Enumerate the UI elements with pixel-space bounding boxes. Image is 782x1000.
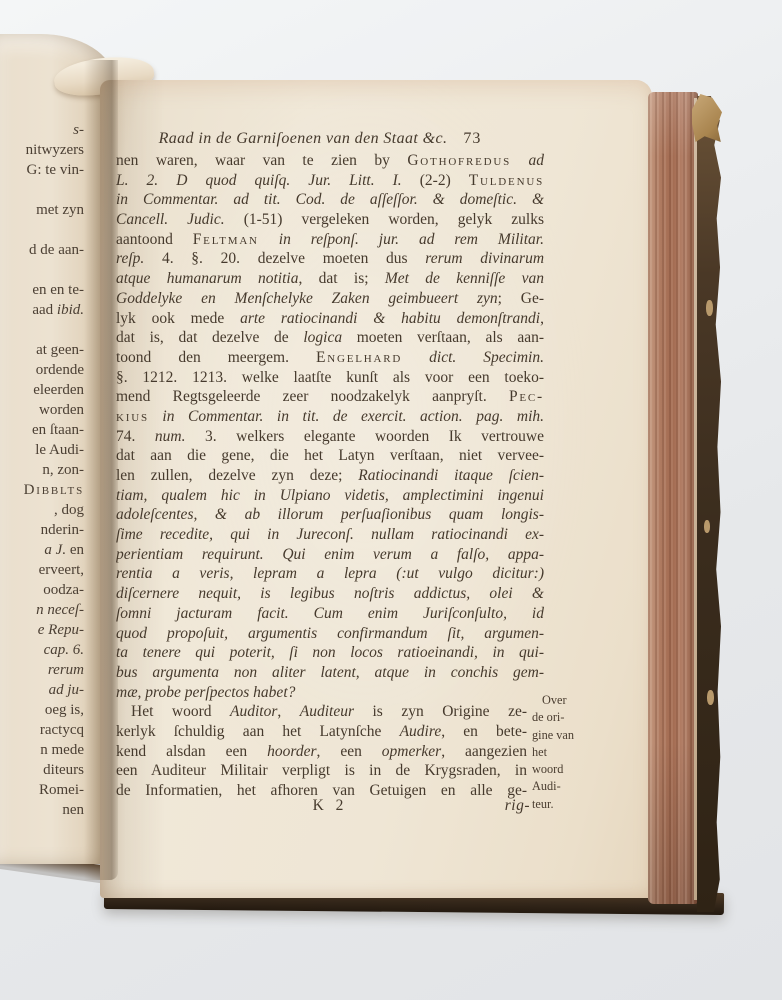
body-line: §. 1212. 1213. welke laatſte kunſt als v… [116,368,544,388]
text-segment: worden [39,402,84,418]
text-segment: dat aan die gene, die het Latyn verſtaan… [116,447,544,464]
fragment-gap [0,260,84,280]
left-page-fragment: d de aan- [0,240,84,260]
margin-note-line: het [532,744,598,761]
left-page-fragment: rerum [0,660,84,680]
left-page-fragment: le Audi- [0,440,84,460]
text-segment: oeg is, [45,702,84,718]
text-segment: ordende [36,362,84,378]
body-line: mæ, probe perſpectos habet? [116,683,544,703]
body-line: 74. num. 3. welkers elegante woorden Ik … [116,427,544,447]
body-line: tiam, qualem hic in Ulpiano videtis, amp… [116,486,544,506]
right-page: Raad in de Garniſoenen van den Staat &c.… [100,80,652,898]
text-segment: e Repu- [38,622,84,638]
text-segment: Goddelyke en Menſchelyke Zaken geimbueer… [116,290,498,307]
fragment-gap [0,320,84,340]
left-page-fragment: diteurs [0,760,84,780]
text-segment: in Commentar. ad tit. Cod. de aſſeſſor. … [116,191,544,208]
text-segment: (1-51) vergeleken worden, gelyk zulks [225,211,544,228]
text-segment: dat is, dat dezelve de [116,329,303,346]
left-page: s-nitwyzersG: te vin- met zyn d de aan- … [0,34,114,864]
left-page-fragment: a J. en [0,540,84,560]
body-line: diſcernere nequit, is legibus noſtris ad… [116,584,544,604]
text-segment: Tuldenus [469,172,544,189]
body-line: L. 2. D quod quiſq. Jur. Litt. I. (2-2) … [116,171,544,191]
text-segment: kerlyk ſchuldig aan het Latynſche [116,723,400,740]
text-segment: nen [62,802,84,818]
text-segment: tiam, qualem hic in Ulpiano videtis, amp… [116,487,544,504]
margin-note: Overde ori-gine vanhetwoordAudi-teur. [532,692,598,813]
body-line: toond den meergem. Engelhard dict. Speci… [116,348,544,368]
text-segment: aad [32,302,57,318]
text-segment: kend alsdan een [116,743,267,760]
text-segment: ad ju- [49,682,84,698]
cover-board-edge [697,96,721,912]
margin-note-line: gine van [532,727,598,744]
left-page-fragment: nitwyzers [0,140,84,160]
text-segment: cap. 6. [44,642,84,658]
text-segment: Audire [400,723,442,740]
text-segment: lyk ook mede [116,310,240,327]
text-segment: §. 1212. 1213. welke laatſte kunſt als v… [116,369,544,386]
text-segment: , [277,703,299,720]
text-segment: Romei- [39,782,84,798]
body-line: adoleſcentes, & ab illorum perſuaſionibu… [116,505,544,525]
text-segment: ractycq [40,722,84,738]
text-segment: nderin- [41,522,84,538]
text-segment: le Audi- [35,442,84,458]
margin-note-line: woord [532,761,598,778]
text-segment: is zyn Origine ze- [354,703,527,720]
text-segment: aantoond [116,231,193,248]
body-line: mend Regtsgeleerde zeer noodzakelyk aanp… [116,387,544,407]
body-line: kerlyk ſchuldig aan het Latynſche Audire… [116,722,544,742]
left-page-text: s-nitwyzersG: te vin- met zyn d de aan- … [0,120,114,820]
text-segment: s- [73,122,84,138]
text-segment: erveert, [39,562,84,578]
text-segment: Auditor [230,703,277,720]
left-page-fragment: met zyn [0,200,84,220]
text-segment: Ratiocinandi itaque ſcien- [358,467,544,484]
body-line: ſomni jacturam facit. Cum enim Juriſconſ… [116,604,544,624]
margin-note-line: de ori- [532,709,598,726]
text-segment: mæ, probe perſpectos habet? [116,684,295,701]
text-segment: in Commentar. in tit. de exercit. action… [149,408,544,425]
text-segment: Met de kenniſſe van [385,270,544,287]
left-page-fragment: nderin- [0,520,84,540]
text-segment: toond den meergem. [116,349,316,366]
left-page-fragment: en ſtaan- [0,420,84,440]
text-segment: ad [511,152,544,169]
body-line: nen waren, waar van te zien by Gothofred… [116,151,544,171]
body-line: atque humanarum notitia, dat is; Met de … [116,269,544,289]
text-segment: atque humanarum notitia [116,270,298,287]
text-segment: met zyn [36,202,84,218]
left-page-fragment: at geen- [0,340,84,360]
leather-wear-fleck [704,520,710,533]
text-segment: 74. [116,428,155,445]
body-line: kend alsdan een hoorder, een opmerker, a… [116,742,544,762]
text-segment: bus argumenta non aliter latent, atque i… [116,664,544,681]
text-segment: dict. Specimin. [402,349,544,366]
text-segment: kius [116,408,149,425]
text-segment: rerum [48,662,84,678]
text-segment: , dog [54,502,84,518]
text-segment: 4. §. 20. dezelve moeten dus [144,250,425,267]
body-line: een Auditeur Militair verpligt is in de … [116,761,544,781]
text-segment: perientiam requirunt. Qui enim verum a f… [116,546,544,563]
left-page-fragment: Romei- [0,780,84,800]
fragment-gap [0,220,84,240]
text-segment: quod propoſuit, argumentis confirmandum … [116,625,544,642]
text-segment: arte ratiocinandi & habitu demonſtrandi [240,310,540,327]
text-segment: rerum divinarum [425,250,544,267]
header-title: Raad in de Garniſoenen van den Staat &c. [159,130,448,147]
body-line: perientiam requirunt. Qui enim verum a f… [116,545,544,565]
text-segment: (2-2) [402,172,469,189]
text-segment: n, zon- [42,462,84,478]
left-page-fragment: n mede [0,740,84,760]
text-segment: ſomni jacturam facit. Cum enim Juriſconſ… [116,605,544,622]
text-segment: adoleſcentes, & ab illorum perſuaſionibu… [116,506,544,523]
text-segment: , dat is; [298,270,384,287]
text-segment: diteurs [43,762,84,778]
text-segment: hoorder [267,743,316,760]
body-line: Het woord Auditor, Auditeur is zyn Origi… [116,702,544,722]
text-segment: , [540,310,544,327]
left-page-fragment: , dog [0,500,84,520]
left-page-fragment: oeg is, [0,700,84,720]
catchword: rig- [505,796,530,816]
left-page-fragment: n neceſ- [0,600,84,620]
text-segment: , een [316,743,381,760]
left-page-fragment: ordende [0,360,84,380]
running-header: Raad in de Garniſoenen van den Staat &c.… [148,130,492,148]
body-line: ta tenere qui poterit, ſi non locos rati… [116,643,544,663]
fragment-gap [0,180,84,200]
body-line: reſp. 4. §. 20. dezelve moeten dus rerum… [116,249,544,269]
text-segment: L. 2. D quod quiſq. Jur. Litt. I. [116,172,402,189]
photo-background: s-nitwyzersG: te vin- met zyn d de aan- … [0,0,782,1000]
text-segment: een Auditeur Militair verpligt is in de … [116,762,527,779]
left-page-fragment: erveert, [0,560,84,580]
left-page-fragment: ad ju- [0,680,84,700]
body-line: quod propoſuit, argumentis confirmandum … [116,624,544,644]
torn-leather-patch [692,94,722,142]
text-segment: 3. welkers elegante woorden Ik vertrouwe [185,428,544,445]
margin-note-line: Audi- [532,778,598,795]
text-segment: reſp. [116,250,144,267]
margin-note-line: Over [532,692,598,709]
text-segment: ibid. [57,302,84,318]
text-segment: , aangezien [441,743,527,760]
text-segment: mend Regtsgeleerde zeer noodzakelyk aanp… [116,388,509,405]
body-line: bus argumenta non aliter latent, atque i… [116,663,544,683]
text-segment: en ſtaan- [32,422,84,438]
fore-edge-highlight [694,98,697,900]
left-page-fragment: cap. 6. [0,640,84,660]
left-page-fragment: Dibblts [0,480,84,500]
left-page-fragment: n, zon- [0,460,84,480]
left-page-fragment: worden [0,400,84,420]
left-page-fragment: s- [0,120,84,140]
page-number: 73 [463,130,481,147]
text-segment: Cancell. Judic. [116,211,225,228]
text-segment: Auditeur [300,703,354,720]
left-page-fragment: e Repu- [0,620,84,640]
text-segment: Engelhard [316,349,402,366]
left-page-fragment: G: te vin- [0,160,84,180]
text-segment: n neceſ- [36,602,84,618]
text-segment: d de aan- [29,242,84,258]
text-segment: opmerker [382,743,441,760]
leather-wear-fleck [706,300,713,316]
text-segment: at geen- [36,342,84,358]
text-segment: ; Ge- [498,290,544,307]
text-segment: , en bete- [441,723,527,740]
body-line: dat is, dat dezelve de logica moeten ver… [116,328,544,348]
text-segment: len zullen, dezelve zyn deze; [116,467,358,484]
text-segment: ta tenere qui poterit, ſi non locos rati… [116,644,544,661]
left-page-fragment: aad ibid. [0,300,84,320]
body-line: rentia a veris, lepram a lepra (:ut vulg… [116,564,544,584]
left-page-fragment: en en te- [0,280,84,300]
body-line: kius in Commentar. in tit. de exercit. a… [116,407,544,427]
text-segment: ſime recedite, qui in Jureconſ. nullam r… [116,526,544,543]
fore-edge-pages [648,92,698,904]
left-page-fragment: oodza- [0,580,84,600]
page-footer: K 2 rig- [116,796,544,816]
text-segment: logica [303,329,342,346]
text-segment: Pec- [509,388,544,405]
text-segment: moeten verſtaan, als aan- [342,329,544,346]
text-segment: en [66,542,84,558]
body-line: dat aan die gene, die het Latyn verſtaan… [116,446,544,466]
body-line: lyk ook mede arte ratiocinandi & habitu … [116,309,544,329]
body-line: aantoond Feltman in reſponſ. jur. ad rem… [116,230,544,250]
text-segment: diſcernere nequit, is legibus noſtris ad… [116,585,544,602]
text-segment: n mede [40,742,84,758]
text-segment: Het woord [131,703,230,720]
body-text: nen waren, waar van te zien by Gothofred… [116,151,544,801]
text-segment: eleerden [33,382,84,398]
body-line: Goddelyke en Menſchelyke Zaken geimbueer… [116,289,544,309]
text-segment: Gothofredus [407,152,511,169]
signature-mark: K 2 [116,796,544,816]
text-segment: Dibblts [24,482,84,498]
text-segment: nitwyzers [26,142,84,158]
body-line: ſime recedite, qui in Jureconſ. nullam r… [116,525,544,545]
left-page-fragment: ractycq [0,720,84,740]
leather-wear-fleck [707,690,714,705]
left-page-fragment: eleerden [0,380,84,400]
text-segment: oodza- [43,582,84,598]
text-segment: in reſponſ. jur. ad rem Militar. [259,231,544,248]
text-segment: nen waren, waar van te zien by [116,152,407,169]
body-line: in Commentar. ad tit. Cod. de aſſeſſor. … [116,190,544,210]
text-segment: num. [155,428,186,445]
text-segment: en en te- [32,282,84,298]
text-segment: Feltman [193,231,259,248]
left-page-fragment: nen [0,800,84,820]
text-segment: rentia a veris, lepram a lepra (:ut vulg… [116,565,544,582]
body-line: Cancell. Judic. (1-51) vergeleken worden… [116,210,544,230]
body-line: len zullen, dezelve zyn deze; Ratiocinan… [116,466,544,486]
text-segment: G: te vin- [27,162,85,178]
text-segment: a J. [44,542,66,558]
